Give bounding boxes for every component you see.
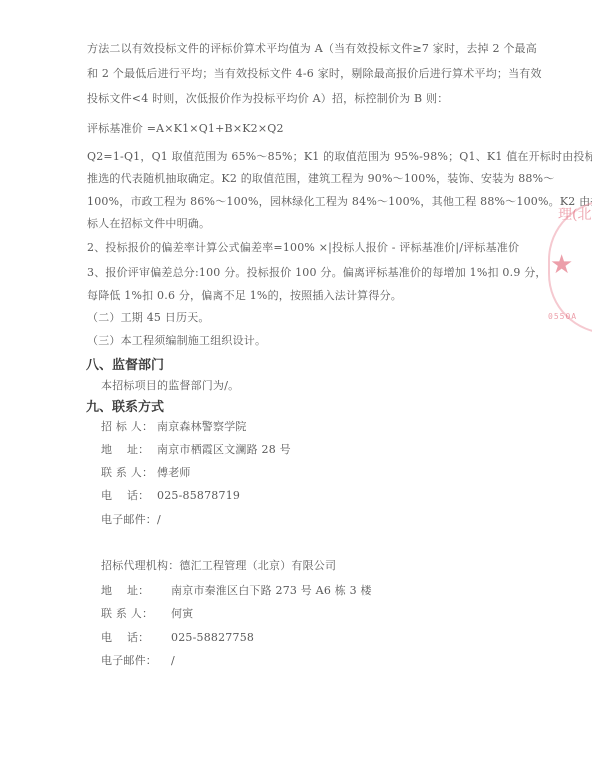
agency-contact-row: 联 系 人：何寅 [101, 605, 193, 621]
formula-line: 评标基准价 =A×K1×Q1+B×K2×Q2 [87, 120, 284, 136]
agency-email-row: 电子邮件：/ [101, 652, 175, 668]
q2-line-2: 推选的代表随机抽取确定。K2 的取值范围，建筑工程为 90%～100%，装饰、安… [87, 170, 554, 186]
agency-phone-label: 电 话： [101, 629, 171, 645]
item3-line-2: 每降低 1%扣 0.6 分，偏离不足 1%的，按照插入法计算得分。 [87, 287, 402, 303]
section8-body: 本招标项目的监督部门为/。 [101, 377, 239, 393]
agency-email-label: 电子邮件： [101, 652, 171, 668]
item2-line: 2、投标报价的偏差率计算公式偏差率=100% ×|投标人报价 - 评标基准价|/… [87, 239, 519, 255]
agency-email: / [171, 654, 175, 667]
method2-line-2: 和 2 个最低后进行平均；当有效投标文件 4-6 家时，剔除最高报价后进行算术平… [87, 65, 542, 81]
agency-phone-row: 电 话：025-58827758 [101, 629, 254, 645]
tenderer-email-label: 电子邮件： [101, 511, 157, 527]
agency-contact: 何寅 [171, 607, 193, 620]
agency-address: 南京市秦淮区白下路 273 号 A6 栋 3 楼 [171, 584, 372, 597]
tenderer-email-row: 电子邮件：/ [101, 511, 161, 527]
method2-line-3: 投标文件<4 时则，次低报价作为投标平均价 A）招，标控制价为 B 则： [87, 90, 448, 106]
q2-line-4: 标人在招标文件中明确。 [87, 215, 210, 231]
section9-title: 九、联系方式 [86, 396, 164, 415]
agency-name: 德汇工程管理（北京）有限公司 [179, 559, 336, 572]
tenderer-name-label: 招 标 人： [101, 418, 157, 434]
agency-address-row: 地 址：南京市秦淮区白下路 273 号 A6 栋 3 楼 [101, 582, 372, 598]
agency-name-row: 招标代理机构：德汇工程管理（北京）有限公司 [101, 557, 336, 573]
agency-name-label: 招标代理机构： [101, 559, 179, 572]
design-line: （三）本工程须编制施工组织设计。 [87, 332, 266, 348]
item3-line-1: 3、报价评审偏差总分:100 分。投标报价 100 分。偏离评标基准价的每增加 … [87, 264, 547, 280]
method2-line-1: 方法二以有效投标文件的评标价算术平均值为 A（当有效投标文件≥7 家时，去掉 2… [87, 40, 537, 56]
section8-title: 八、监督部门 [86, 354, 164, 373]
agency-address-label: 地 址： [101, 582, 171, 598]
tenderer-email: / [157, 513, 161, 526]
tenderer-phone-label: 电 话： [101, 487, 157, 503]
q2-line-3: 100%，市政工程为 86%～100%，园林绿化工程为 84%～100%，其他工… [87, 193, 592, 209]
agency-contact-label: 联 系 人： [101, 605, 171, 621]
tenderer-name-row: 招 标 人：南京森林警察学院 [101, 418, 247, 434]
tenderer-name: 南京森林警察学院 [157, 420, 247, 433]
tenderer-address-row: 地 址：南京市栖霞区文澜路 28 号 [101, 441, 291, 457]
stamp-text: 理(北 [558, 204, 591, 224]
tenderer-contact-label: 联 系 人： [101, 464, 157, 480]
stamp-code: 0550A [548, 312, 577, 321]
tenderer-address: 南京市栖霞区文澜路 28 号 [157, 443, 291, 456]
q2-line-1: Q2=1-Q1，Q1 取值范围为 65%～85%；K1 的取值范围为 95%-9… [87, 148, 592, 164]
tenderer-contact: 傅老师 [157, 466, 191, 479]
tenderer-contact-row: 联 系 人：傅老师 [101, 464, 191, 480]
tenderer-address-label: 地 址： [101, 441, 157, 457]
tenderer-phone: 025-85878719 [157, 489, 240, 502]
official-seal-stamp: 理(北 ★ 0550A [548, 200, 592, 334]
period-line: （二）工期 45 日历天。 [87, 309, 210, 325]
agency-phone: 025-58827758 [171, 631, 254, 644]
star-icon: ★ [550, 250, 573, 280]
tenderer-phone-row: 电 话：025-85878719 [101, 487, 240, 503]
